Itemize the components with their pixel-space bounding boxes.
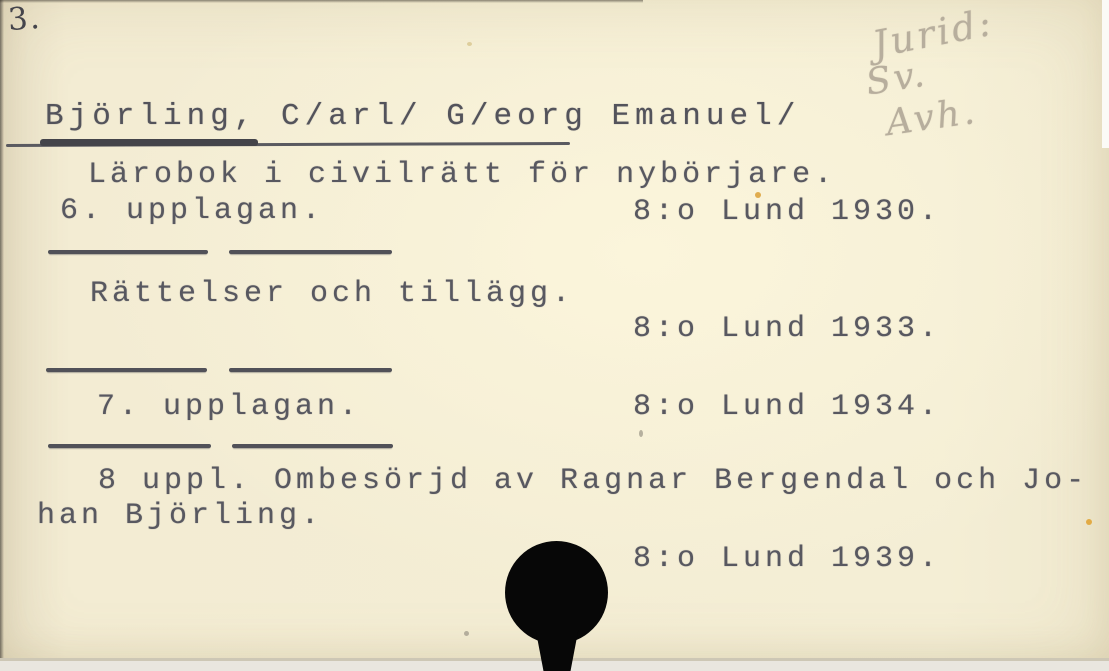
paper-speck xyxy=(464,631,469,636)
card-number: 3. xyxy=(7,0,43,38)
author-heading: Björling, C/arl/ G/eorg Emanuel/ xyxy=(45,101,800,133)
imprint: 8:o Lund 1939. xyxy=(633,543,941,575)
annotation-sv: Sv. xyxy=(863,53,930,103)
scan-edge-top xyxy=(0,0,643,3)
imprint: 8:o Lund 1930. xyxy=(633,196,941,228)
separator-rule xyxy=(48,250,208,254)
edition-label: 7. upplagan. xyxy=(97,391,361,423)
separator-rule xyxy=(229,368,392,372)
author-surname: Björling, xyxy=(45,99,257,134)
separator-rule xyxy=(46,368,207,372)
author-forenames: C/arl/ G/eorg Emanuel/ xyxy=(257,99,800,134)
paper-speck xyxy=(755,192,761,198)
separator-rule xyxy=(232,444,393,448)
paper-speck xyxy=(467,42,472,46)
annotation-jurid: Jurid: xyxy=(869,1,997,67)
paper-speck xyxy=(1086,519,1092,525)
edition-label: Rättelser och tillägg. xyxy=(90,278,574,310)
scan-edge-left xyxy=(0,0,4,671)
edition-label-continued: han Björling. xyxy=(37,500,323,532)
title-line: Lärobok i civilrätt för nybörjare. xyxy=(88,159,836,191)
catalog-card-scan: 3. Jurid: Sv. Avh. Björling, C/arl/ G/eo… xyxy=(0,0,1109,671)
imprint: 8:o Lund 1934. xyxy=(633,391,941,423)
separator-rule xyxy=(48,444,211,448)
surname-underline xyxy=(40,139,258,146)
edition-label: 8 uppl. Ombesörjd av Ragnar Bergendal oc… xyxy=(98,465,1088,497)
imprint: 8:o Lund 1933. xyxy=(633,313,941,345)
scan-corner-sliver xyxy=(1102,0,1109,148)
separator-rule xyxy=(229,250,392,254)
punch-hole xyxy=(505,541,608,644)
paper-speck xyxy=(639,430,643,437)
edition-label: 6. upplagan. xyxy=(60,195,324,227)
